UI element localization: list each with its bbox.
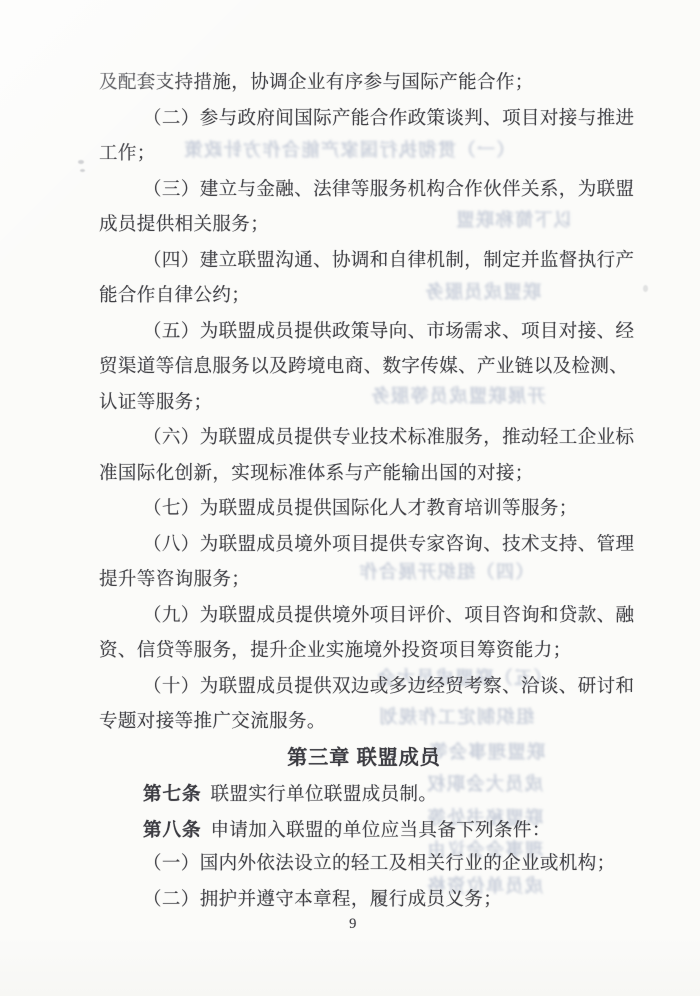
text-line: （十）为联盟成员提供双边或多边经贸考察、洽谈、研讨和: [99, 670, 639, 706]
text-line: 准国际化创新，实现标准体系与产能输出国的对接；: [99, 457, 639, 493]
text-line: （八）为联盟成员境外项目提供专家咨询、技术支持、管理: [99, 528, 639, 564]
scanned-document-page: （一）贯彻执行国家产能合作方针政策以下简称联盟联盟成员服务开展联盟成员等服务（四…: [0, 0, 700, 996]
text-line: （六）为联盟成员提供专业技术标准服务，推动轻工企业标: [99, 421, 639, 457]
scan-speck: [80, 169, 85, 172]
scan-speck: [643, 285, 648, 292]
article-number: 第七条: [143, 783, 202, 804]
text-line: 提升等咨询服务；: [99, 563, 639, 599]
text-line: （二）拥护并遵守本章程，履行成员义务；: [99, 883, 639, 919]
text-line: （三）建立与金融、法律等服务机构合作伙伴关系，为联盟: [99, 173, 639, 209]
page-number: 9: [0, 916, 700, 933]
text-line: 成员提供相关服务；: [99, 208, 639, 244]
document-body: 及配套支持措施，协调企业有序参与国际产能合作；（二）参与政府间国际产能合作政策谈…: [99, 66, 639, 918]
text-line: （五）为联盟成员提供政策导向、市场需求、项目对接、经: [99, 315, 639, 351]
text-line: （四）建立联盟沟通、协调和自律机制，制定并监督执行产: [99, 244, 639, 280]
text-line: （一）国内外依法设立的轻工及相关行业的企业或机构；: [99, 847, 639, 883]
text-line: （七）为联盟成员提供国际化人才教育培训等服务；: [99, 492, 639, 528]
text-line: 及配套支持措施，协调企业有序参与国际产能合作；: [99, 66, 639, 102]
text-line: 认证等服务；: [99, 386, 639, 422]
text-line: 资、信贷等服务，提升企业实施境外投资项目筹资能力；: [99, 634, 639, 670]
text-line: 能合作自律公约；: [99, 279, 639, 315]
text-line: （二）参与政府间国际产能合作政策谈判、项目对接与推进: [99, 102, 639, 138]
text-line: 专题对接等推广交流服务。: [99, 705, 639, 741]
text-line: 贸渠道等信息服务以及跨境电商、数字传媒、产业链以及检测、: [99, 350, 639, 386]
article-text: 联盟实行单位联盟成员制。: [211, 785, 438, 805]
text-line: （九）为联盟成员提供境外项目评价、项目咨询和贷款、融: [99, 599, 639, 635]
scan-speck: [78, 160, 84, 164]
article-text: 申请加入联盟的单位应当具备下列条件：: [211, 821, 551, 841]
article-number: 第八条: [143, 819, 202, 840]
chapter-heading: 第三章 联盟成员: [99, 741, 639, 777]
article-line: 第七条联盟实行单位联盟成员制。: [99, 776, 639, 812]
text-line: 工作；: [99, 137, 639, 173]
article-line: 第八条申请加入联盟的单位应当具备下列条件：: [99, 812, 639, 848]
